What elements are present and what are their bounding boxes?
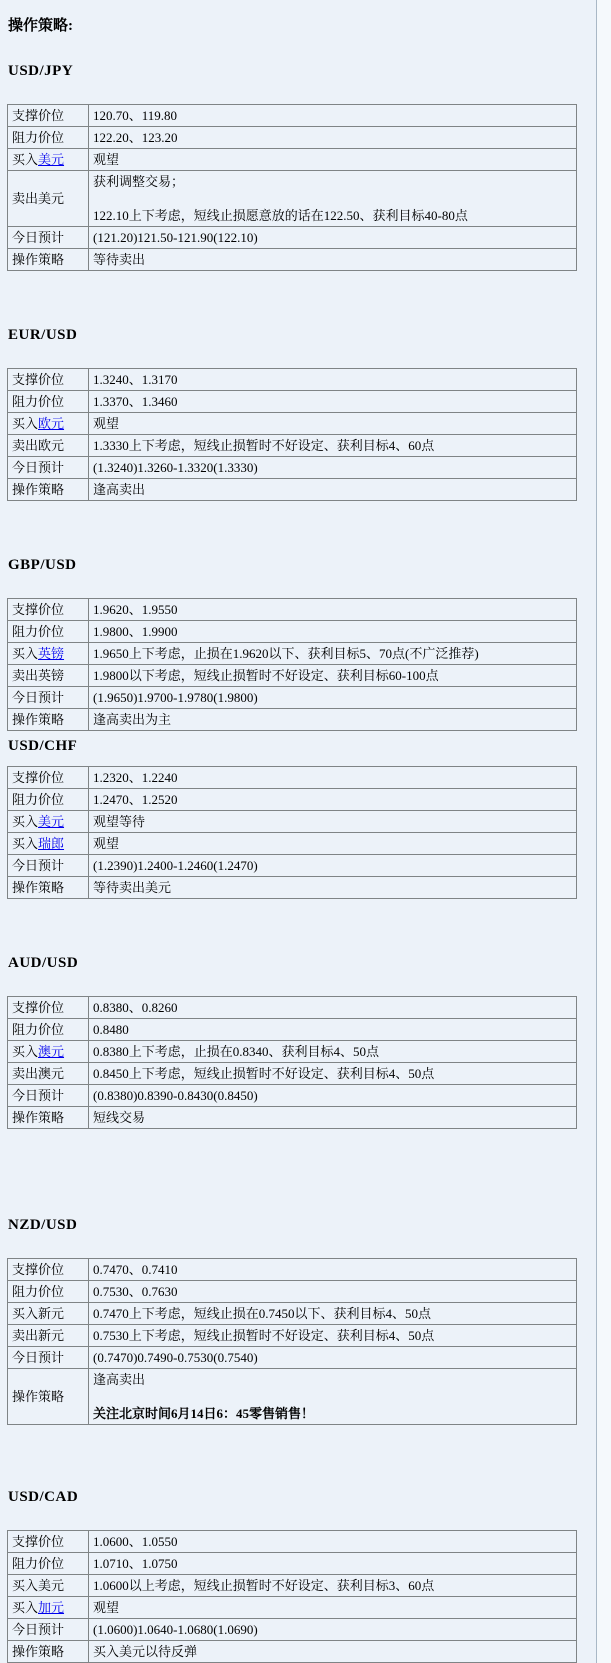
row-label: 操作策略 [8,1107,89,1129]
table-row: 支撑价位 1.2320、1.2240 [8,767,577,789]
table-row: 卖出新元 0.7530上下考虑，短线止损暂时不好设定、获利目标4、50点 [8,1325,577,1347]
strategy-table: 支撑价位 0.7470、0.7410 阻力价位 0.7530、0.7630 买入… [7,1258,577,1425]
row-value: (1.2390)1.2400-1.2460(1.2470) [89,855,577,877]
row-label: 买入美元 [8,149,89,171]
table-row: 卖出美元 获利调整交易；122.10上下考虑，短线止损愿意放的话在122.50、… [8,171,577,227]
strategy-table: 支撑价位 1.2320、1.2240 阻力价位 1.2470、1.2520 买入… [7,766,577,899]
section-gbp-usd: GBP/USD 支撑价位 1.9620、1.9550 阻力价位 1.9800、1… [0,557,596,731]
pair-heading: USD/CAD [8,1489,596,1506]
row-value: 1.2320、1.2240 [89,767,577,789]
table-row: 操作策略 等待卖出美元 [8,877,577,899]
table-row: 支撑价位 0.8380、0.8260 [8,997,577,1019]
pair-heading: AUD/USD [8,955,596,972]
row-value: 1.9620、1.9550 [89,599,577,621]
table-row: 今日预计 (1.2390)1.2400-1.2460(1.2470) [8,855,577,877]
table-row: 今日预计 (1.0600)1.0640-1.0680(1.0690) [8,1619,577,1641]
table-row: 操作策略 买入美元以待反弹 [8,1641,577,1663]
row-value: 1.3370、1.3460 [89,391,577,413]
chf-link[interactable]: 瑞郎 [38,836,64,851]
row-label: 卖出澳元 [8,1063,89,1085]
row-value: 买入美元以待反弹 [89,1641,577,1663]
row-label: 阻力价位 [8,1019,89,1041]
row-label: 操作策略 [8,877,89,899]
table-row: 操作策略 短线交易 [8,1107,577,1129]
table-row: 阻力价位 122.20、123.20 [8,127,577,149]
row-value: 0.7530、0.7630 [89,1281,577,1303]
table-row: 买入新元 0.7470上下考虑，短线止损在0.7450以下、获利目标4、50点 [8,1303,577,1325]
row-label: 买入加元 [8,1597,89,1619]
row-value: 1.0600、1.0550 [89,1531,577,1553]
table-row: 买入英镑 1.9650上下考虑，止损在1.9620以下、获利目标5、70点(不广… [8,643,577,665]
row-label: 阻力价位 [8,1281,89,1303]
table-row: 支撑价位 0.7470、0.7410 [8,1259,577,1281]
row-label: 支撑价位 [8,105,89,127]
table-row: 今日预计 (0.8380)0.8390-0.8430(0.8450) [8,1085,577,1107]
row-label: 今日预计 [8,1347,89,1369]
content-page: 操作策略: USD/JPY 支撑价位 120.70、119.80 阻力价位 12… [0,0,597,1663]
table-row: 阻力价位 1.9800、1.9900 [8,621,577,643]
row-value: 120.70、119.80 [89,105,577,127]
row-label: 操作策略 [8,479,89,501]
table-row: 阻力价位 0.7530、0.7630 [8,1281,577,1303]
row-value: 0.8480 [89,1019,577,1041]
table-row: 支撑价位 1.0600、1.0550 [8,1531,577,1553]
row-value: 1.9800以下考虑，短线止损暂时不好设定、获利目标60-100点 [89,665,577,687]
table-row: 今日预计 (1.3240)1.3260-1.3320(1.3330) [8,457,577,479]
row-label: 今日预计 [8,227,89,249]
table-row: 卖出澳元 0.8450上下考虑，短线止损暂时不好设定、获利目标4、50点 [8,1063,577,1085]
section-nzd-usd: NZD/USD 支撑价位 0.7470、0.7410 阻力价位 0.7530、0… [0,1217,596,1425]
row-value: 逢高卖出关注北京时间6月14日6：45零售销售！ [89,1369,577,1425]
strategy-table: 支撑价位 1.0600、1.0550 阻力价位 1.0710、1.0750 买入… [7,1530,577,1663]
section-usd-cad: USD/CAD 支撑价位 1.0600、1.0550 阻力价位 1.0710、1… [0,1489,596,1663]
section-eur-usd: EUR/USD 支撑价位 1.3240、1.3170 阻力价位 1.3370、1… [0,327,596,501]
table-row: 买入欧元 观望 [8,413,577,435]
strategy-table: 支撑价位 1.9620、1.9550 阻力价位 1.9800、1.9900 买入… [7,598,577,731]
table-row: 阻力价位 1.2470、1.2520 [8,789,577,811]
pair-heading: EUR/USD [8,327,596,344]
pair-heading: USD/JPY [8,63,596,80]
row-label: 买入美元 [8,1575,89,1597]
row-value: 1.2470、1.2520 [89,789,577,811]
row-value: 等待卖出美元 [89,877,577,899]
strategy-table: 支撑价位 0.8380、0.8260 阻力价位 0.8480 买入澳元 0.83… [7,996,577,1129]
table-row: 支撑价位 1.3240、1.3170 [8,369,577,391]
row-label: 支撑价位 [8,997,89,1019]
row-value: 逢高卖出为主 [89,709,577,731]
row-value: (1.0600)1.0640-1.0680(1.0690) [89,1619,577,1641]
row-value: 122.20、123.20 [89,127,577,149]
row-label: 买入瑞郎 [8,833,89,855]
table-row: 阻力价位 0.8480 [8,1019,577,1041]
table-row: 买入美元 1.0600以上考虑，短线止损暂时不好设定、获利目标3、60点 [8,1575,577,1597]
row-value: 1.9650上下考虑，止损在1.9620以下、获利目标5、70点(不广泛推荐) [89,643,577,665]
pair-heading: GBP/USD [8,557,596,574]
row-label: 今日预计 [8,855,89,877]
row-value: 逢高卖出 [89,479,577,501]
row-value: 1.0600以上考虑，短线止损暂时不好设定、获利目标3、60点 [89,1575,577,1597]
row-label: 阻力价位 [8,621,89,643]
row-label: 阻力价位 [8,391,89,413]
row-value: 等待卖出 [89,249,577,271]
row-label: 支撑价位 [8,599,89,621]
page-title: 操作策略: [8,14,596,35]
table-row: 今日预计 (0.7470)0.7490-0.7530(0.7540) [8,1347,577,1369]
row-label: 支撑价位 [8,369,89,391]
table-row: 支撑价位 120.70、119.80 [8,105,577,127]
row-value: 观望等待 [89,811,577,833]
usd-link[interactable]: 美元 [38,814,64,829]
row-value: 0.8380、0.8260 [89,997,577,1019]
row-label: 支撑价位 [8,767,89,789]
row-label: 今日预计 [8,1619,89,1641]
table-row: 阻力价位 1.3370、1.3460 [8,391,577,413]
table-row: 买入澳元 0.8380上下考虑，止损在0.8340、获利目标4、50点 [8,1041,577,1063]
row-label: 操作策略 [8,1641,89,1663]
row-value: (0.8380)0.8390-0.8430(0.8450) [89,1085,577,1107]
table-row: 操作策略 逢高卖出关注北京时间6月14日6：45零售销售！ [8,1369,577,1425]
row-label: 卖出欧元 [8,435,89,457]
table-row: 买入瑞郎 观望 [8,833,577,855]
row-value: 观望 [89,833,577,855]
row-value: 0.7470上下考虑，短线止损在0.7450以下、获利目标4、50点 [89,1303,577,1325]
row-label: 买入英镑 [8,643,89,665]
table-row: 今日预计 (121.20)121.50-121.90(122.10) [8,227,577,249]
table-row: 操作策略 逢高卖出为主 [8,709,577,731]
row-label: 操作策略 [8,709,89,731]
row-label: 卖出新元 [8,1325,89,1347]
strategy-table: 支撑价位 120.70、119.80 阻力价位 122.20、123.20 买入… [7,104,577,271]
table-row: 操作策略 等待卖出 [8,249,577,271]
table-row: 操作策略 逢高卖出 [8,479,577,501]
table-row: 买入美元 观望 [8,149,577,171]
row-label: 买入新元 [8,1303,89,1325]
row-value: 0.8450上下考虑，短线止损暂时不好设定、获利目标4、50点 [89,1063,577,1085]
table-row: 卖出欧元 1.3330上下考虑，短线止损暂时不好设定、获利目标4、60点 [8,435,577,457]
row-value: 获利调整交易；122.10上下考虑，短线止损愿意放的话在122.50、获利目标4… [89,171,577,227]
pair-heading: USD/CHF [8,738,596,755]
strategy-table: 支撑价位 1.3240、1.3170 阻力价位 1.3370、1.3460 买入… [7,368,577,501]
table-row: 支撑价位 1.9620、1.9550 [8,599,577,621]
row-value: 1.3330上下考虑，短线止损暂时不好设定、获利目标4、60点 [89,435,577,457]
row-label: 卖出美元 [8,171,89,227]
cad-link[interactable]: 加元 [38,1600,64,1615]
row-label: 买入美元 [8,811,89,833]
section-usd-chf: USD/CHF 支撑价位 1.2320、1.2240 阻力价位 1.2470、1… [0,738,596,899]
row-value: (1.9650)1.9700-1.9780(1.9800) [89,687,577,709]
section-usd-jpy: USD/JPY 支撑价位 120.70、119.80 阻力价位 122.20、1… [0,63,596,271]
row-value: (1.3240)1.3260-1.3320(1.3330) [89,457,577,479]
row-label: 阻力价位 [8,1553,89,1575]
table-row: 买入美元 观望等待 [8,811,577,833]
row-value: 1.0710、1.0750 [89,1553,577,1575]
eur-link[interactable]: 欧元 [38,416,64,431]
row-value: 观望 [89,1597,577,1619]
table-row: 卖出英镑 1.9800以下考虑，短线止损暂时不好设定、获利目标60-100点 [8,665,577,687]
row-value: 0.7470、0.7410 [89,1259,577,1281]
row-label: 买入欧元 [8,413,89,435]
row-label: 支撑价位 [8,1531,89,1553]
row-value: 1.3240、1.3170 [89,369,577,391]
table-row: 阻力价位 1.0710、1.0750 [8,1553,577,1575]
row-label: 买入澳元 [8,1041,89,1063]
row-label: 支撑价位 [8,1259,89,1281]
row-label: 卖出英镑 [8,665,89,687]
row-value: 短线交易 [89,1107,577,1129]
row-label: 今日预计 [8,687,89,709]
row-value: (0.7470)0.7490-0.7530(0.7540) [89,1347,577,1369]
gbp-link[interactable]: 英镑 [38,646,64,661]
row-label: 今日预计 [8,1085,89,1107]
pair-heading: NZD/USD [8,1217,596,1234]
table-row: 今日预计 (1.9650)1.9700-1.9780(1.9800) [8,687,577,709]
row-label: 操作策略 [8,1369,89,1425]
table-row: 买入加元 观望 [8,1597,577,1619]
row-label: 操作策略 [8,249,89,271]
row-value: (121.20)121.50-121.90(122.10) [89,227,577,249]
usd-link[interactable]: 美元 [38,152,64,167]
row-label: 阻力价位 [8,789,89,811]
section-aud-usd: AUD/USD 支撑价位 0.8380、0.8260 阻力价位 0.8480 买… [0,955,596,1129]
row-value: 观望 [89,413,577,435]
row-value: 0.7530上下考虑，短线止损暂时不好设定、获利目标4、50点 [89,1325,577,1347]
row-value: 观望 [89,149,577,171]
row-label: 阻力价位 [8,127,89,149]
row-value: 0.8380上下考虑，止损在0.8340、获利目标4、50点 [89,1041,577,1063]
row-label: 今日预计 [8,457,89,479]
news-note: 关注北京时间6月14日6：45零售销售！ [93,1406,314,1421]
aud-link[interactable]: 澳元 [38,1044,64,1059]
row-value: 1.9800、1.9900 [89,621,577,643]
